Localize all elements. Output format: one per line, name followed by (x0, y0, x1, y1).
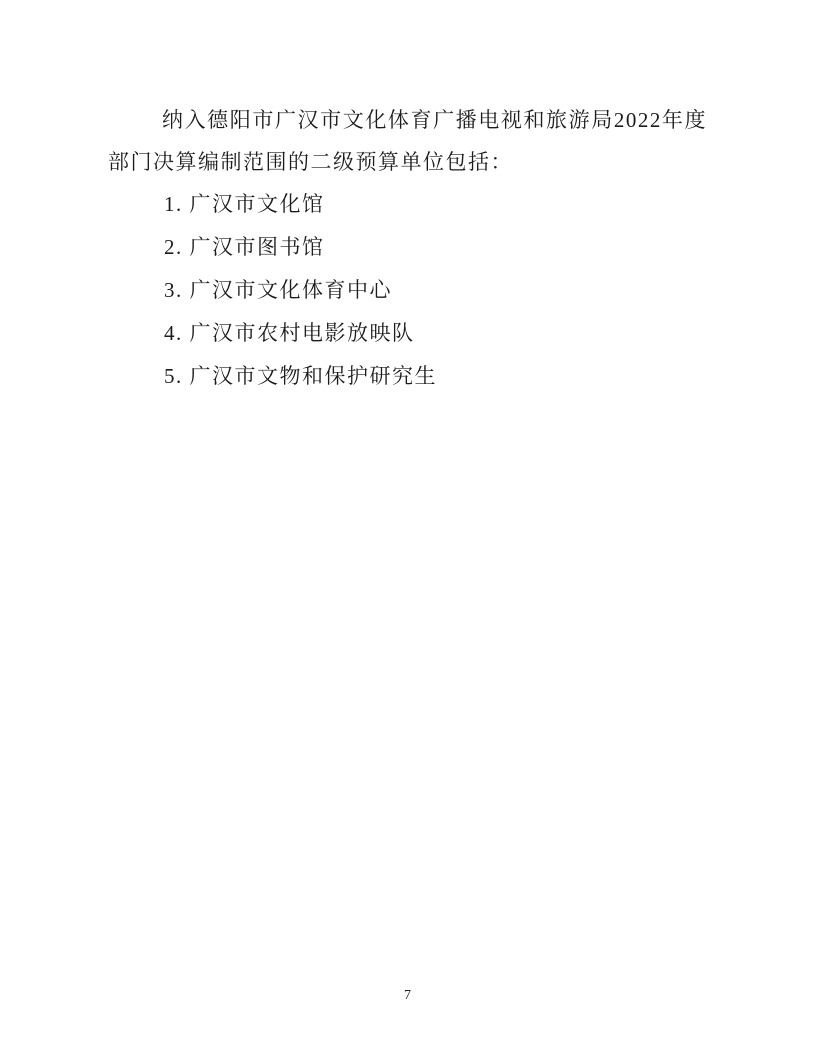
list-item: 4. 广汉市农村电影放映队 (164, 312, 707, 355)
list-item: 5. 广汉市文物和保护研究生 (164, 355, 707, 398)
list-item: 3. 广汉市文化体育中心 (164, 269, 707, 312)
list-item: 2. 广汉市图书馆 (164, 226, 707, 269)
intro-paragraph: 纳入德阳市广汉市文化体育广播电视和旅游局2022年度部门决算编制范围的二级预算单… (108, 99, 707, 183)
page-footer: 7 (0, 986, 815, 1004)
budget-unit-list: 1. 广汉市文化馆 2. 广汉市图书馆 3. 广汉市文化体育中心 4. 广汉市农… (108, 183, 707, 398)
document-page: 纳入德阳市广汉市文化体育广播电视和旅游局2022年度部门决算编制范围的二级预算单… (0, 0, 815, 1055)
document-body: 纳入德阳市广汉市文化体育广播电视和旅游局2022年度部门决算编制范围的二级预算单… (108, 99, 707, 398)
list-item: 1. 广汉市文化馆 (164, 183, 707, 226)
page-number: 7 (404, 988, 411, 1003)
